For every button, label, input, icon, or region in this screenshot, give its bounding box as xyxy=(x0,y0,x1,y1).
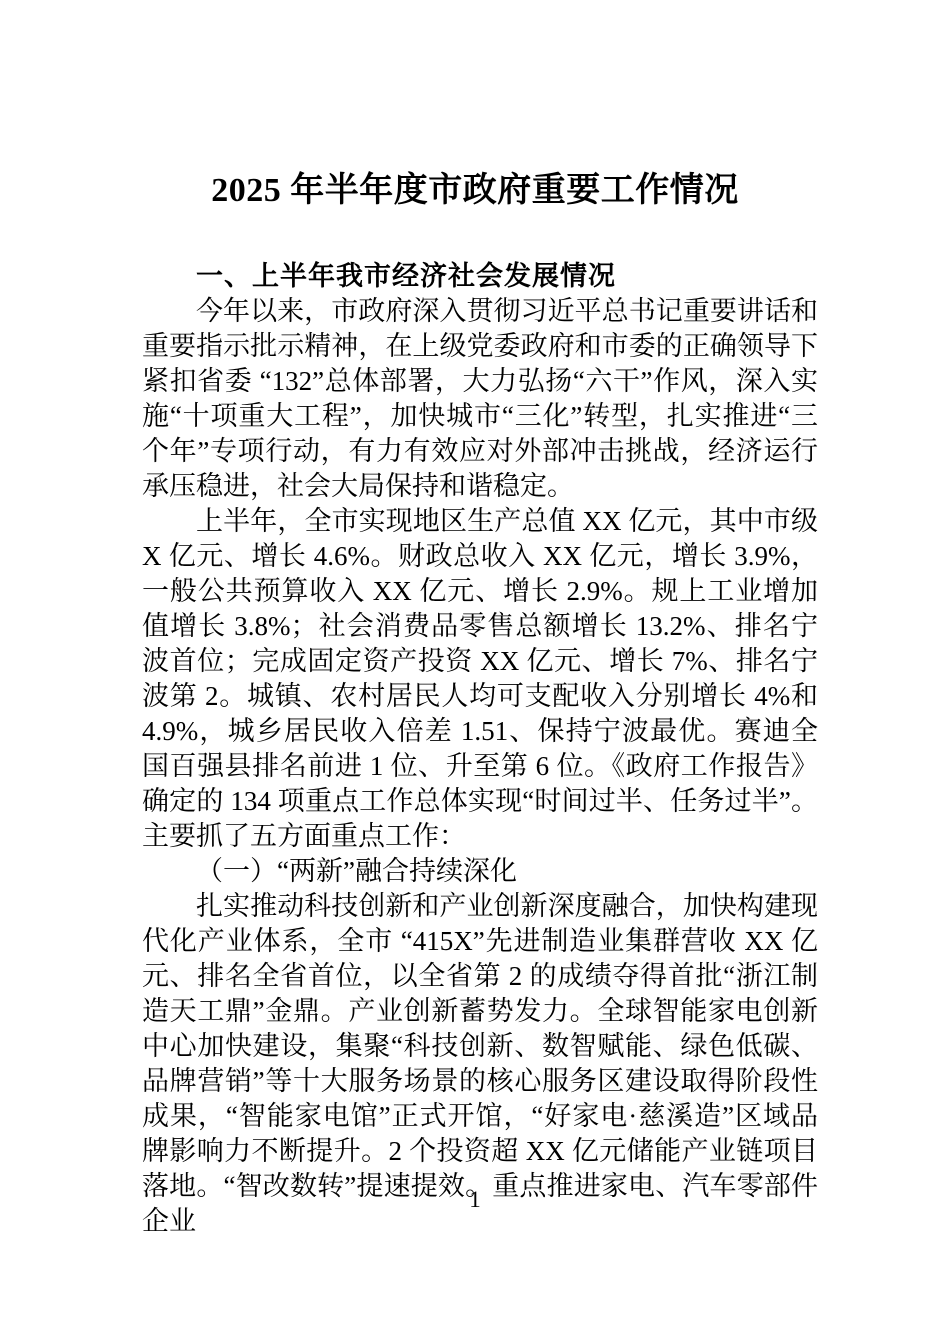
subsection-heading: （一）“两新”融合持续深化 xyxy=(142,854,818,889)
document-title: 2025 年半年度市政府重要工作情况 xyxy=(0,168,950,214)
page-number: 1 xyxy=(0,1186,950,1214)
section-heading: 一、上半年我市经济社会发展情况 xyxy=(142,259,818,294)
paragraph-overview: 今年以来，市政府深入贯彻习近平总书记重要讲话和重要指示批示精神，在上级党委政府和… xyxy=(142,294,818,504)
document-body: 一、上半年我市经济社会发展情况 今年以来，市政府深入贯彻习近平总书记重要讲话和重… xyxy=(142,259,818,1239)
paragraph-statistics: 上半年，全市实现地区生产总值 XX 亿元，其中市级 X 亿元、增长 4.6%。财… xyxy=(142,504,818,854)
document-page: 2025 年半年度市政府重要工作情况 一、上半年我市经济社会发展情况 今年以来，… xyxy=(0,0,950,1344)
